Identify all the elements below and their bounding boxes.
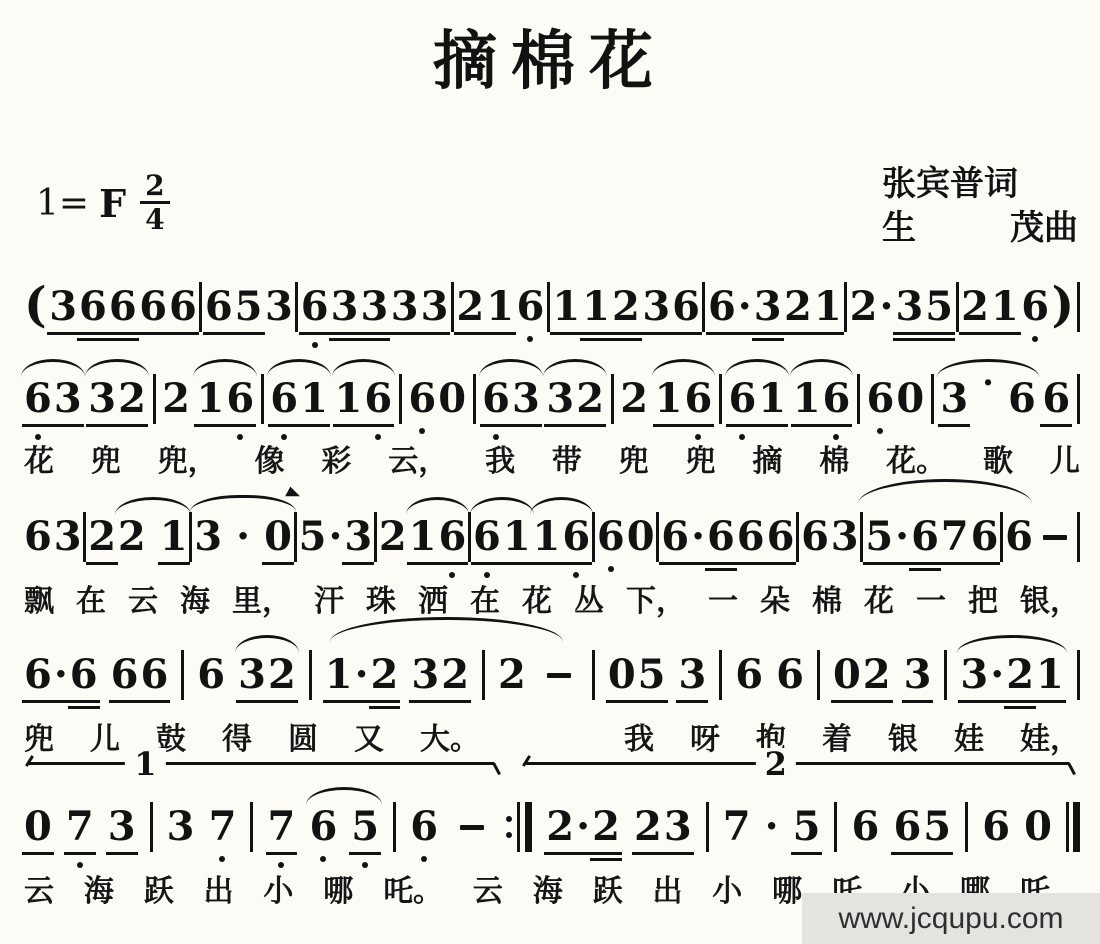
beam-line <box>682 424 714 427</box>
note: 2 <box>850 286 878 328</box>
duration-dash <box>1043 535 1067 540</box>
beam-line <box>923 338 955 341</box>
beam-line <box>821 424 853 427</box>
note: 6 <box>971 516 999 558</box>
note: 2 <box>441 654 469 696</box>
note: 3 <box>54 378 82 420</box>
note-group: 65 <box>205 286 263 328</box>
note: 6 <box>1042 378 1070 420</box>
note: 6 <box>672 286 700 328</box>
lyric-syllable: 在 <box>76 576 106 620</box>
note-group: 3·6 <box>940 378 1036 420</box>
composer-credit: 生 茂曲 <box>882 206 1078 250</box>
beam-line <box>68 700 100 703</box>
note-group <box>452 825 492 830</box>
lyric-syllable: 在 <box>470 576 500 620</box>
lyric-syllable: 呀 <box>690 714 720 758</box>
low-octave-dot <box>35 434 41 440</box>
watermark: www.jcqupu.com <box>802 893 1100 944</box>
beam-line <box>735 562 767 565</box>
note-group: 633 <box>301 286 389 328</box>
beam-line <box>194 424 226 427</box>
duration-dash <box>547 673 571 678</box>
barline <box>473 374 476 424</box>
dot: · <box>880 286 894 328</box>
beam-line <box>77 338 109 341</box>
note: 6 <box>1021 286 1049 328</box>
lyric-syllable: 海 <box>180 576 210 620</box>
note: 6 <box>364 378 392 420</box>
low-octave-dot <box>449 572 455 578</box>
beam-line <box>236 700 268 703</box>
beam-line <box>610 332 642 335</box>
note-group: 61 <box>270 378 328 420</box>
note: 3 <box>642 286 670 328</box>
lyric-syllable: 娃 <box>954 714 984 758</box>
note-group: 16 <box>793 378 851 420</box>
barline <box>592 512 595 562</box>
note: 1 <box>793 378 821 420</box>
beam-line <box>550 332 582 335</box>
note: 2 <box>498 654 526 696</box>
key-letter: F <box>99 181 126 226</box>
lyric-syllable: 吒。 <box>383 866 443 910</box>
note-group: 3 <box>265 286 293 328</box>
thin-bar <box>1066 802 1069 852</box>
lyric-line-1: 花兜兜，像彩云，我带兜兜摘棉花。歌儿 <box>24 436 1080 480</box>
note: 5 <box>235 286 263 328</box>
low-octave-dot <box>877 428 883 434</box>
beam-line <box>22 700 54 703</box>
beam-line <box>765 562 797 565</box>
barline <box>189 512 192 562</box>
note: 1 <box>582 286 610 328</box>
note-group: 66 <box>737 516 795 558</box>
beam-line <box>909 568 941 571</box>
note-group: 32 <box>546 378 604 420</box>
barline <box>719 374 722 424</box>
note-group: 3·0 <box>194 516 292 558</box>
beam-line <box>138 700 170 703</box>
lyric-syllable: 小 <box>263 866 293 910</box>
beam-line <box>471 562 503 565</box>
note: 3 <box>54 516 82 558</box>
note: 1 <box>991 286 1019 328</box>
note: 2 <box>268 654 296 696</box>
score: (3666665363333216112366·3212·35216)63322… <box>24 262 1080 910</box>
lyric-syllable: 棉 <box>819 436 849 480</box>
note: 1 <box>160 516 188 558</box>
note-group: 61 <box>728 378 786 420</box>
note: 6 <box>517 286 545 328</box>
beam-line <box>299 332 331 335</box>
beam-line <box>510 424 542 427</box>
barline <box>374 512 377 562</box>
beam-line <box>52 424 84 427</box>
lyric-syllable: 儿 <box>90 714 120 758</box>
note-group: 61 <box>473 516 531 558</box>
lyric-syllable: 着 <box>822 714 852 758</box>
note: 2 <box>576 378 604 420</box>
beam-line <box>705 568 737 571</box>
barline <box>150 802 153 852</box>
beam-line <box>106 852 138 855</box>
phrase-slur <box>330 617 562 642</box>
repeat-dots <box>506 816 512 838</box>
note: 0 <box>24 806 52 848</box>
note: 1 <box>335 378 363 420</box>
note-group: 32 <box>88 378 146 420</box>
beam-line <box>752 338 784 341</box>
beam-line <box>501 562 533 565</box>
open-paren: ( <box>24 281 47 329</box>
note-group: 2·2 <box>546 806 620 848</box>
dot: · <box>236 516 250 558</box>
note-group: 21 <box>456 286 514 328</box>
note: 7 <box>941 516 969 558</box>
lyric-line-2: 飘在云海里，汗珠洒在花丛下，一朵棉花一把银， <box>24 576 1080 620</box>
low-octave-dot <box>833 434 839 440</box>
note: 6 <box>597 516 625 558</box>
close-paren: ) <box>1052 281 1075 329</box>
beam-line <box>921 852 953 855</box>
beam-line <box>409 700 441 703</box>
note-group: 63 <box>24 378 82 420</box>
note: 7 <box>723 806 751 848</box>
barline <box>834 802 837 852</box>
barline <box>451 282 454 332</box>
note: 3 <box>88 378 116 420</box>
lyric-syllable: 海 <box>533 866 563 910</box>
music-line-2: 633221661166063322166116603·66 <box>24 368 1080 430</box>
beam-line <box>68 706 100 709</box>
beam-line <box>266 700 298 703</box>
note-group: 112 <box>552 286 640 328</box>
lyric-syllable: 兜 <box>619 436 649 480</box>
note: 3 <box>265 286 293 328</box>
low-octave-dot <box>573 572 579 578</box>
note-group: 21 <box>784 286 842 328</box>
barline <box>719 650 722 700</box>
lyric-syllable: 花。 <box>886 436 946 480</box>
barline <box>844 282 847 332</box>
note: 3 <box>391 286 419 328</box>
beam-line <box>86 424 118 427</box>
time-signature: 2 4 <box>140 172 169 234</box>
low-octave-dot <box>608 566 614 572</box>
note: 2 <box>118 378 146 420</box>
dot: · <box>990 654 1004 696</box>
beam-line <box>590 858 622 861</box>
beam-line <box>268 424 300 427</box>
beam-line <box>1004 706 1036 709</box>
note: 1 <box>533 516 561 558</box>
note: 2 <box>162 378 190 420</box>
beam-line <box>544 852 576 855</box>
lyric-syllable: 圆 <box>288 714 318 758</box>
note-group: 33 <box>391 286 449 328</box>
beam-line <box>323 700 355 703</box>
beam-line <box>574 424 606 427</box>
note-group: 66 <box>139 286 197 328</box>
beam-line <box>86 562 118 565</box>
note: 6 <box>301 286 329 328</box>
note-group: 3 <box>167 806 195 848</box>
beam-line <box>298 424 330 427</box>
note: 5 <box>638 654 666 696</box>
note: 5 <box>299 516 327 558</box>
note-group: 6 <box>801 516 829 558</box>
beam-line <box>752 332 784 335</box>
beam-line <box>439 700 471 703</box>
lyric-syllable: 大。 <box>420 714 480 758</box>
beam-line <box>782 332 814 335</box>
note: 2 <box>961 286 989 328</box>
beam-line <box>938 424 970 427</box>
note-group: 2·35 <box>850 286 953 328</box>
beam-line <box>116 424 148 427</box>
lyric-syllable: 兜， <box>158 436 218 480</box>
note: 1 <box>409 516 437 558</box>
music-line-5: 120733776562·2237·566560 <box>24 796 1080 858</box>
beam-line <box>636 700 668 703</box>
low-octave-dot <box>421 856 427 862</box>
low-octave-dot <box>1032 336 1038 342</box>
key-signature: 1= F 2 4 <box>36 172 170 234</box>
barline <box>1000 512 1003 562</box>
note-group: 16 <box>409 516 467 558</box>
beam-line <box>358 332 390 335</box>
barline <box>1077 282 1080 332</box>
lyric-syllable: 里， <box>232 576 292 620</box>
note: 6 <box>562 516 590 558</box>
lyric-syllable: 丛 <box>574 576 604 620</box>
beam-line <box>1040 424 1072 427</box>
note: 6 <box>728 378 756 420</box>
barline <box>83 512 86 562</box>
meter-denominator: 4 <box>140 201 169 234</box>
note: 6 <box>482 378 510 420</box>
note: 2 <box>863 654 891 696</box>
barline <box>956 282 959 332</box>
note-group: 16 <box>655 378 713 420</box>
beam-line <box>939 562 971 565</box>
beam-line <box>342 562 374 565</box>
volta-bracket-2: 2 <box>526 762 1070 779</box>
note: 6 <box>1008 378 1036 420</box>
beam-line <box>329 338 361 341</box>
note-group: 05 <box>608 654 666 696</box>
note: 1 <box>814 286 842 328</box>
note: 5 <box>925 286 953 328</box>
note-group: 6 <box>197 654 225 696</box>
beam-line <box>436 562 468 565</box>
meter-numerator: 2 <box>140 172 169 201</box>
note: 3 <box>512 378 540 420</box>
beam-line <box>203 332 235 335</box>
note: 3 <box>754 286 782 328</box>
lyric-syllable: 兜 <box>24 714 54 758</box>
dot: · <box>54 654 68 696</box>
note-group: 6 <box>852 806 880 848</box>
note: 2 <box>1006 654 1034 696</box>
lyric-syllable: 花 <box>864 576 894 620</box>
low-octave-dot <box>695 434 701 440</box>
note: 0 <box>896 378 924 420</box>
note-group: 60 <box>982 806 1052 848</box>
beam-line <box>705 562 737 565</box>
barline <box>1077 512 1080 562</box>
barline <box>199 282 202 332</box>
beam-line <box>22 424 54 427</box>
note-group: 16 <box>533 516 591 558</box>
note: 3 <box>238 654 266 696</box>
low-octave-dot <box>278 862 284 868</box>
dot: · <box>691 516 705 558</box>
note: 3 <box>904 654 932 696</box>
lyric-syllable: 海 <box>84 866 114 910</box>
note: 7 <box>268 806 296 848</box>
beam-line <box>224 424 256 427</box>
note: 3 <box>194 516 222 558</box>
low-octave-dot <box>527 336 533 342</box>
lyric-syllable: 像 <box>255 436 285 480</box>
note: 1 <box>325 654 353 696</box>
beam-line <box>923 332 955 335</box>
lyric-syllable: 银， <box>1020 576 1080 620</box>
low-octave-dot <box>237 434 243 440</box>
note: 3 <box>108 806 136 848</box>
song-title: 摘棉花 <box>0 10 1100 102</box>
beam-line <box>706 332 738 335</box>
low-octave-dot <box>362 862 368 868</box>
note: 1 <box>758 378 786 420</box>
beam-line <box>544 424 576 427</box>
barline <box>295 282 298 332</box>
note: 6 <box>270 378 298 420</box>
phrase-slur <box>858 479 1032 504</box>
note-group: 6 <box>24 516 52 558</box>
note-group: 7 <box>209 806 237 848</box>
note: 6 <box>109 286 137 328</box>
beam-line <box>590 852 622 855</box>
note-group: 2 <box>162 378 190 420</box>
note-group: 65 <box>893 806 951 848</box>
lyric-syllable: 花 <box>522 576 552 620</box>
low-octave-dot <box>281 434 287 440</box>
note-group: 36 <box>642 286 700 328</box>
note-group: 21 <box>961 286 1019 328</box>
beam-line <box>893 338 925 341</box>
low-octave-dot <box>493 434 499 440</box>
beam-line <box>262 562 294 565</box>
lyric-syllable: 银 <box>888 714 918 758</box>
beam-line <box>22 852 54 855</box>
note: 6 <box>767 516 795 558</box>
lyric-syllable: 小 <box>712 866 742 910</box>
dot: · <box>982 366 994 402</box>
lyric-syllable: 下， <box>626 576 686 620</box>
beam-line <box>137 332 169 335</box>
note: 6 <box>197 654 225 696</box>
thick-bar <box>525 802 532 852</box>
beam-line <box>812 332 844 335</box>
beam-line <box>1034 700 1066 703</box>
note-group: 76 <box>941 516 999 558</box>
beam-line <box>158 562 190 565</box>
note: 3 <box>664 806 692 848</box>
note: 6 <box>735 654 763 696</box>
beam-line <box>726 424 758 427</box>
note: 6 <box>205 286 233 328</box>
beam-line <box>358 338 390 341</box>
note-group: 32 <box>411 654 469 696</box>
lyric-syllable: 云 <box>24 866 54 910</box>
note-group: 3 <box>678 654 706 696</box>
note: 0 <box>608 654 636 696</box>
low-octave-dot <box>320 856 326 862</box>
barline <box>656 512 659 562</box>
barline <box>399 374 402 424</box>
note: 6 <box>893 806 921 848</box>
note: 6 <box>737 516 765 558</box>
barline <box>153 374 156 424</box>
repeat-barline <box>506 802 532 852</box>
lyric-syllable: 兜 <box>686 436 716 480</box>
note-group: 3·21 <box>960 654 1063 696</box>
beam-line <box>958 700 990 703</box>
lyric-syllable: 歌 <box>983 436 1013 480</box>
note: 6 <box>911 516 939 558</box>
note-group: 6 <box>1021 286 1049 328</box>
dot: · <box>895 516 909 558</box>
note: 3 <box>831 516 859 558</box>
lyric-syllable: 珠 <box>366 576 396 620</box>
note: 6 <box>408 378 436 420</box>
volta-label: 1 <box>125 748 165 780</box>
note: 5 <box>793 806 821 848</box>
note-group: 6 <box>410 806 438 848</box>
barline <box>468 512 471 562</box>
note: 6 <box>707 516 735 558</box>
note: 1 <box>1036 654 1064 696</box>
duration-dash <box>460 825 484 830</box>
beam-line <box>389 332 421 335</box>
dot: · <box>738 286 752 328</box>
lyric-syllable: 兜 <box>91 436 121 480</box>
note-group: 60 <box>408 378 466 420</box>
beam-line <box>107 338 139 341</box>
beam-line <box>369 706 401 709</box>
beam-line <box>791 852 823 855</box>
lyric-syllable: 出 <box>204 866 234 910</box>
low-octave-dot <box>77 862 83 868</box>
note: 0 <box>438 378 466 420</box>
note-group: 5·6 <box>865 516 939 558</box>
note: 6 <box>309 806 337 848</box>
beam-line <box>893 332 925 335</box>
note: 6 <box>1005 516 1033 558</box>
barline <box>1077 374 1080 424</box>
beam-line <box>109 700 141 703</box>
note: 6 <box>169 286 197 328</box>
note: 3 <box>49 286 77 328</box>
note: 7 <box>66 806 94 848</box>
beam-line <box>670 332 702 335</box>
lyric-syllable: 一 <box>916 576 946 620</box>
lyric-syllable: 带 <box>552 436 582 480</box>
lyric-syllable: 跃 <box>144 866 174 910</box>
